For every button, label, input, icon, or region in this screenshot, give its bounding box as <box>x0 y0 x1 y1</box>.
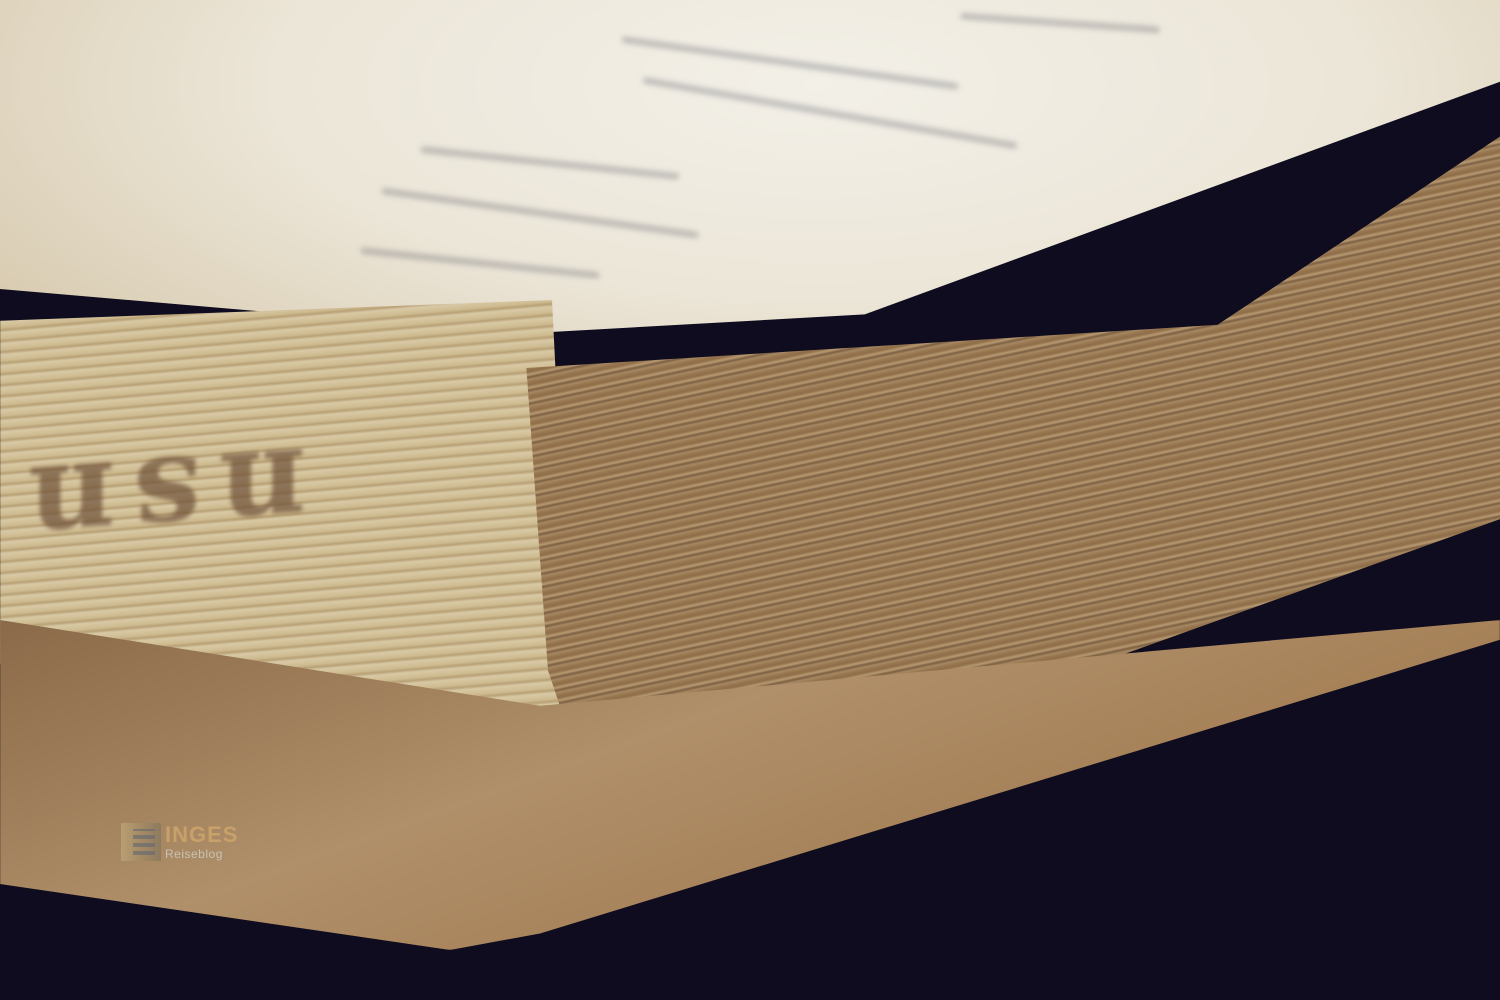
watermark-logo: INGES Reiseblog <box>121 823 238 861</box>
photo-scene: nsn INGES Reiseblog <box>0 0 1500 1000</box>
watermark-subtitle: Reiseblog <box>165 848 238 860</box>
book-building-icon <box>121 823 161 861</box>
fore-edge-lettering: nsn <box>10 420 306 582</box>
watermark-title: INGES <box>165 824 238 846</box>
